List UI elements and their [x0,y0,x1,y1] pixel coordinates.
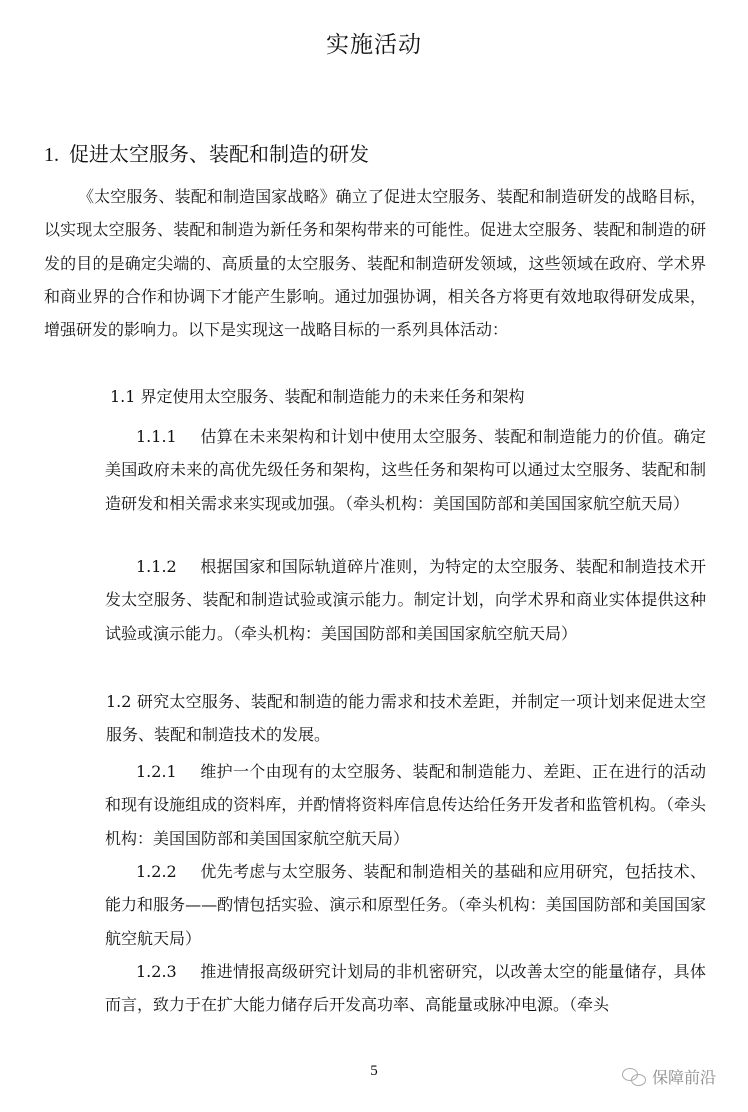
item-number: 1.2.3 [105,955,200,988]
subsection-1-1-heading: 1.1 界定使用太空服务、装配和制造能力的未来任务和架构 [110,380,706,413]
wechat-icon [622,1068,646,1086]
subsection-number: 1.1 [110,387,135,406]
page-title: 实施活动 [0,26,748,59]
section-heading: 1.促进太空服务、装配和制造的研发 [44,138,369,167]
subsection-title: 界定使用太空服务、装配和制造能力的未来任务和架构 [141,387,525,406]
item-number: 1.1.2 [105,550,200,583]
subsection-1-2-heading: 1.2 研究太空服务、装配和制造的能力需求和技术差距，并制定一项计划来促进太空服… [106,685,706,752]
item-number: 1.2.2 [105,855,200,888]
item-1-2-3: 1.2.3推进情报高级研究计划局的非机密研究，以改善太空的能量储存，具体而言，致… [105,955,706,1022]
section-title: 促进太空服务、装配和制造的研发 [69,142,369,166]
item-number: 1.1.1 [105,420,200,453]
watermark-text: 保障前沿 [652,1065,716,1088]
item-1-1-2: 1.1.2根据国家和国际轨道碎片准则，为特定的太空服务、装配和制造技术开发太空服… [105,550,706,650]
section-number: 1. [44,144,59,166]
subsection-number: 1.2 [106,692,131,711]
item-1-1-1: 1.1.1估算在未来架构和计划中使用太空服务、装配和制造能力的价值。确定美国政府… [105,420,706,520]
item-1-2-2: 1.2.2优先考虑与太空服务、装配和制造相关的基础和应用研究，包括技术、能力和服… [105,855,706,955]
item-1-2-1: 1.2.1维护一个由现有的太空服务、装配和制造能力、差距、正在进行的活动和现有设… [105,755,706,855]
intro-paragraph: 《太空服务、装配和制造国家战略》确立了促进太空服务、装配和制造研发的战略目标，以… [44,180,706,346]
item-number: 1.2.1 [105,755,200,788]
subsection-title: 研究太空服务、装配和制造的能力需求和技术差距，并制定一项计划来促进太空服务、装配… [106,692,706,744]
watermark: 保障前沿 [622,1065,716,1088]
